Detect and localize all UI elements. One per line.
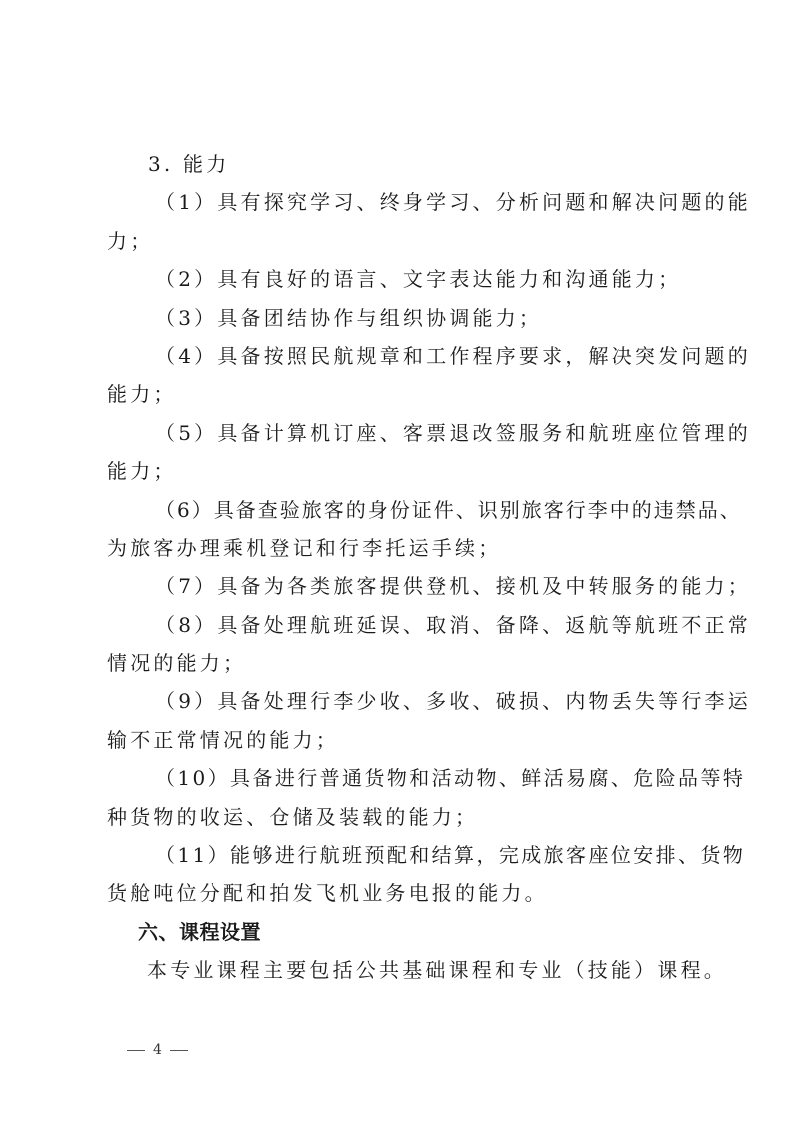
paragraph-line: 种货物的收运、仓储及装载的能力；: [107, 798, 697, 836]
paragraph-line: （10）具备进行普通货物和活动物、鲜活易腐、危险品等特: [107, 759, 697, 797]
ability-item-2: （2）具有良好的语言、文字表达能力和沟通能力；: [107, 260, 697, 298]
ability-item-11: （11）能够进行航班预配和结算，完成旅客座位安排、货物 货舱吨位分配和拍发飞机业…: [107, 836, 697, 913]
ability-item-3: （3）具备团结协作与组织协调能力；: [107, 299, 697, 337]
ability-item-4: （4）具备按照民航规章和工作程序要求，解决突发问题的 能力；: [107, 337, 697, 414]
paragraph-line: （8）具备处理航班延误、取消、备降、返航等航班不正常: [107, 606, 697, 644]
paragraph-line: 为旅客办理乘机登记和行李托运手续；: [107, 529, 697, 567]
paragraph-line: 货舱吨位分配和拍发飞机业务电报的能力。: [107, 874, 697, 912]
paragraph-line: （3）具备团结协作与组织协调能力；: [107, 299, 697, 337]
paragraph-line: （11）能够进行航班预配和结算，完成旅客座位安排、货物: [107, 836, 697, 874]
ability-item-10: （10）具备进行普通货物和活动物、鲜活易腐、危险品等特 种货物的收运、仓储及装载…: [107, 759, 697, 836]
ability-item-1: （1）具有探究学习、终身学习、分析问题和解决问题的能 力；: [107, 183, 697, 260]
paragraph-line: （6）具备查验旅客的身份证件、识别旅客行李中的违禁品、: [107, 491, 697, 529]
paragraph-line: （9）具备处理行李少收、多收、破损、内物丢失等行李运: [107, 682, 697, 720]
paragraph-line: 情况的能力；: [107, 644, 697, 682]
document-page: 3. 能力 （1）具有探究学习、终身学习、分析问题和解决问题的能 力； （2）具…: [107, 145, 697, 990]
paragraph-line: （5）具备计算机订座、客票退改签服务和航班座位管理的: [107, 414, 697, 452]
footer-dash-left: [127, 1050, 145, 1051]
paragraph-line: （4）具备按照民航规章和工作程序要求，解决突发问题的: [107, 337, 697, 375]
page-number: 4: [153, 1042, 162, 1058]
paragraph-line: （2）具有良好的语言、文字表达能力和沟通能力；: [107, 260, 697, 298]
paragraph-line: 力；: [107, 222, 697, 260]
ability-item-5: （5）具备计算机订座、客票退改签服务和航班座位管理的 能力；: [107, 414, 697, 491]
paragraph-line: （1）具有探究学习、终身学习、分析问题和解决问题的能: [107, 183, 697, 221]
page-footer: 4: [127, 1042, 188, 1058]
footer-dash-right: [170, 1050, 188, 1051]
curriculum-paragraph: 本专业课程主要包括公共基础课程和专业（技能）课程。: [107, 951, 697, 989]
section-heading: 六、课程设置: [107, 913, 697, 951]
paragraph-line: （7）具备为各类旅客提供登机、接机及中转服务的能力；: [107, 567, 697, 605]
paragraph-line: 能力；: [107, 375, 697, 413]
ability-item-8: （8）具备处理航班延误、取消、备降、返航等航班不正常 情况的能力；: [107, 606, 697, 683]
ability-item-6: （6）具备查验旅客的身份证件、识别旅客行李中的违禁品、 为旅客办理乘机登记和行李…: [107, 491, 697, 568]
ability-item-9: （9）具备处理行李少收、多收、破损、内物丢失等行李运 输不正常情况的能力；: [107, 682, 697, 759]
paragraph-line: 能力；: [107, 452, 697, 490]
ability-item-7: （7）具备为各类旅客提供登机、接机及中转服务的能力；: [107, 567, 697, 605]
paragraph-line: 输不正常情况的能力；: [107, 721, 697, 759]
subsection-title: 3. 能力: [107, 145, 697, 183]
